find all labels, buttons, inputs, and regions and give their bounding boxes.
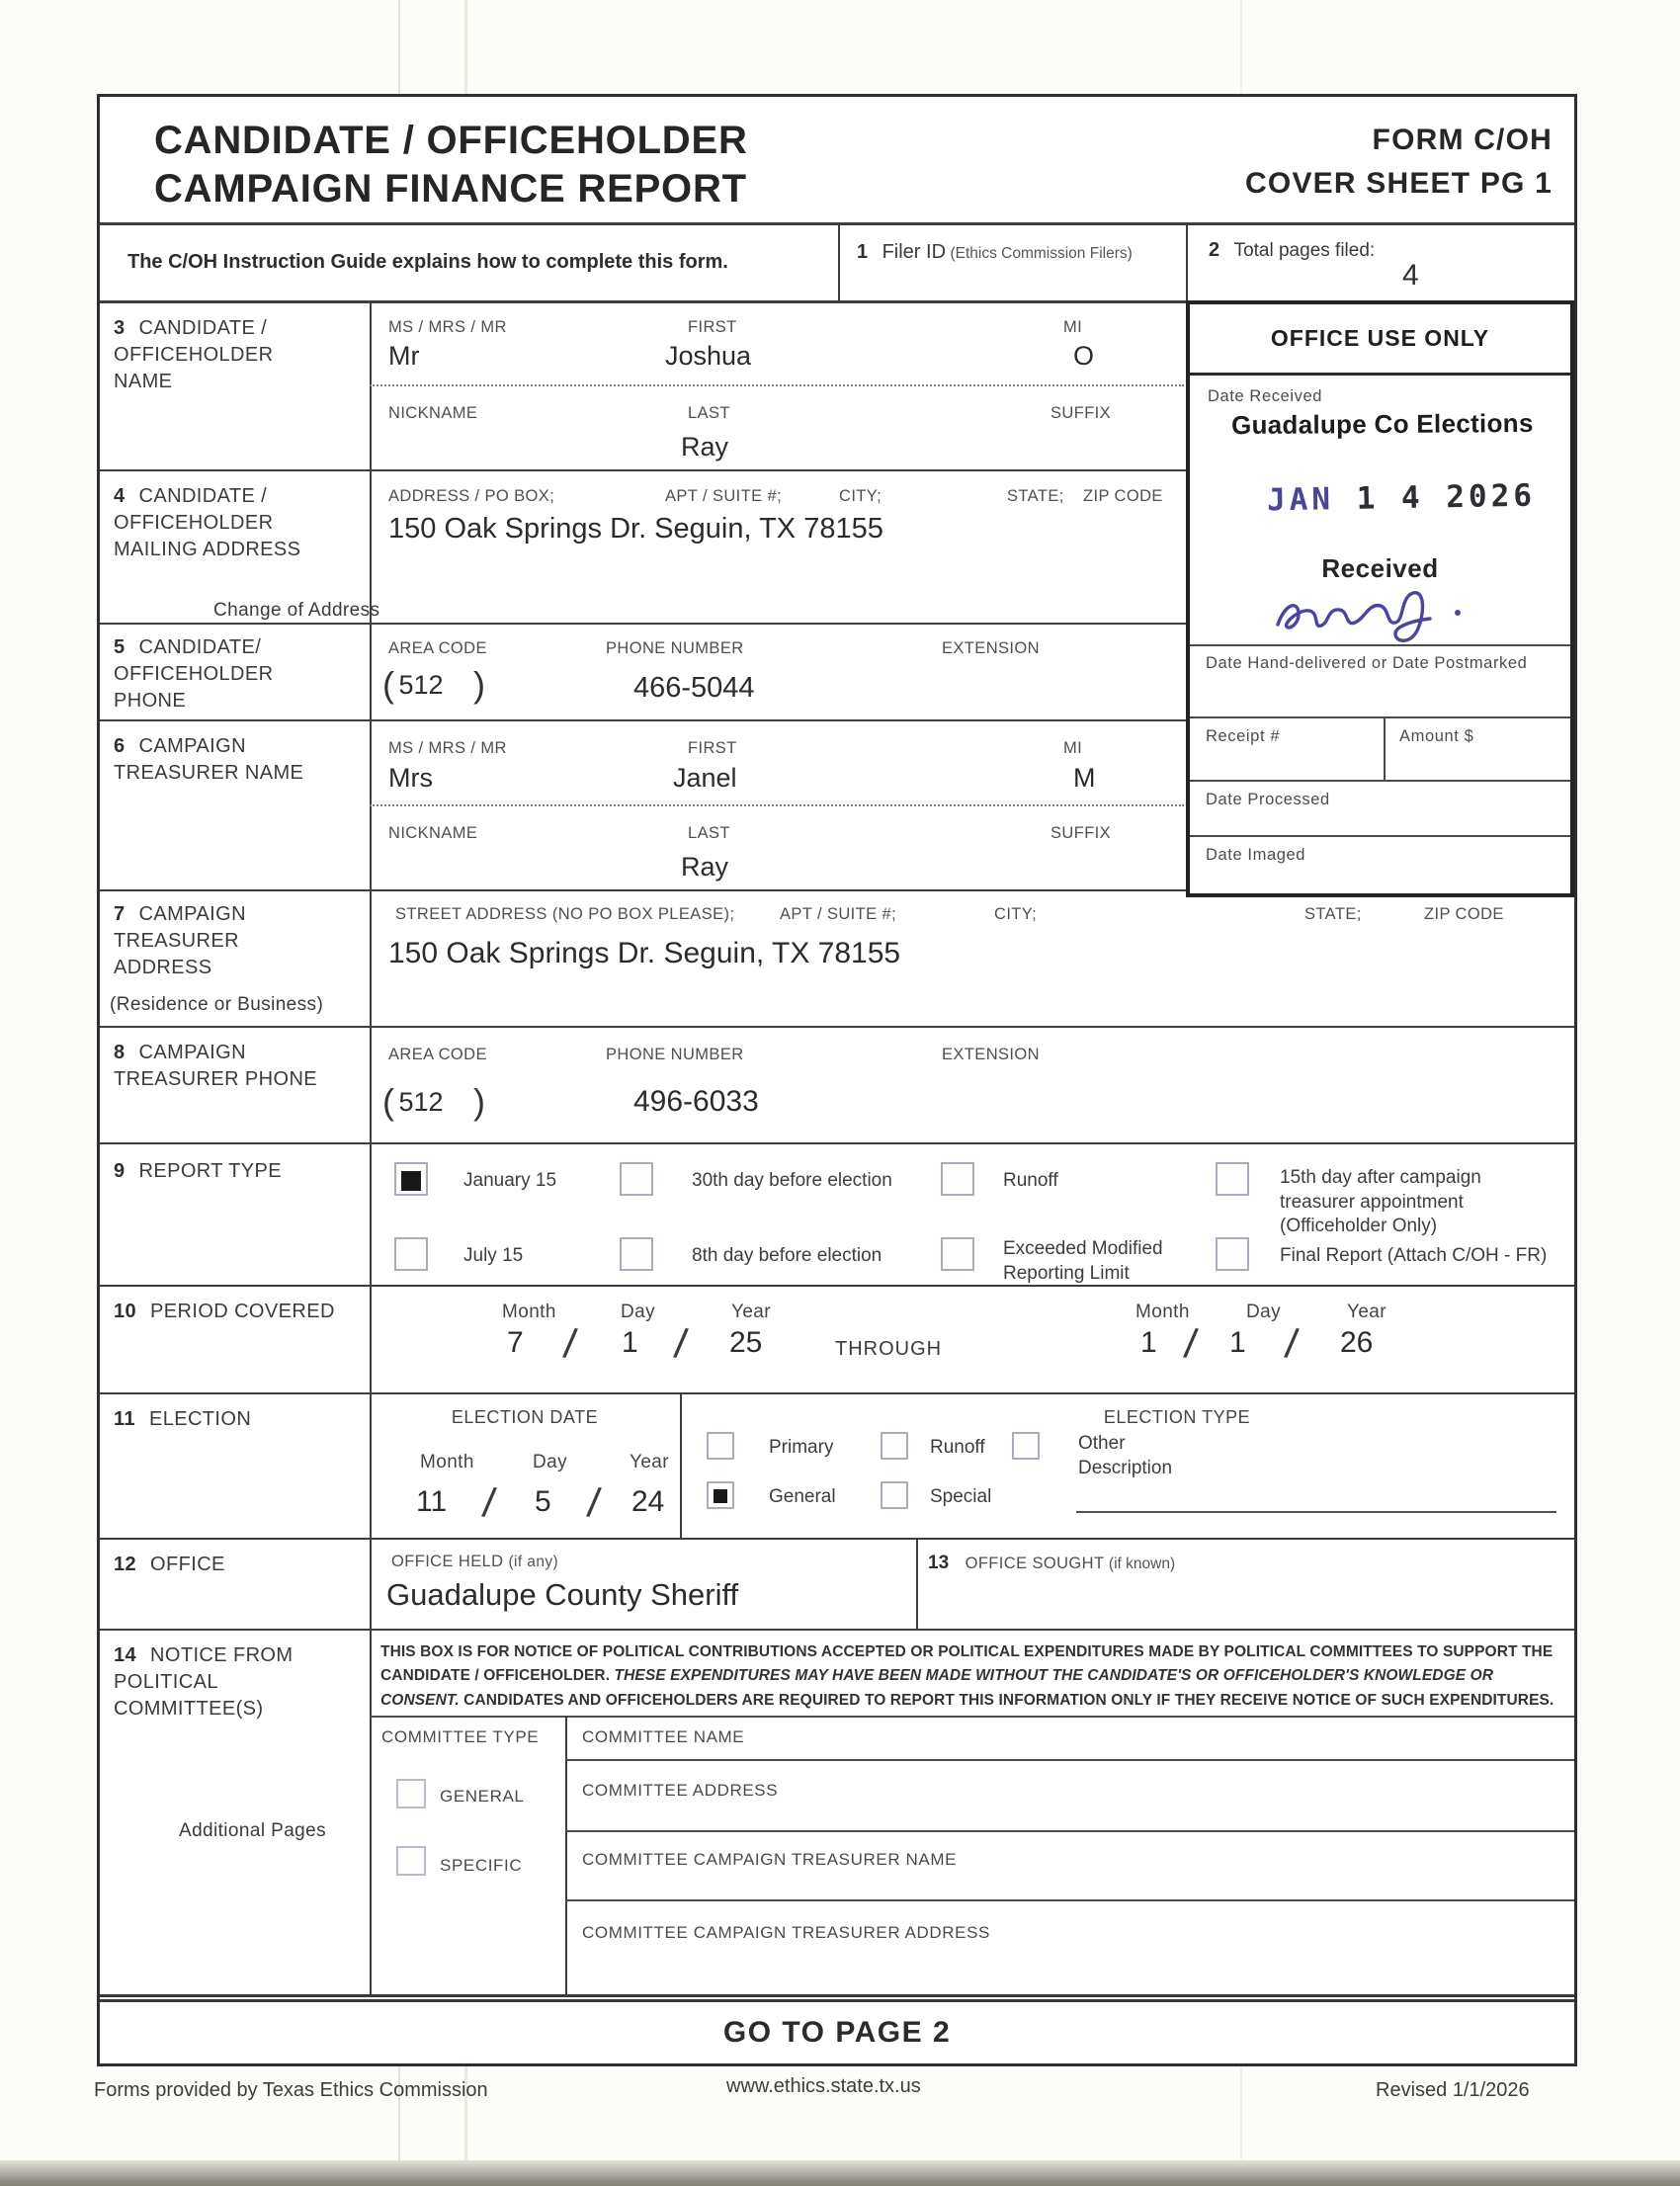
- total-pages-value[interactable]: 4: [1402, 259, 1419, 293]
- scanned-form-page: CANDIDATE / OFFICEHOLDER CAMPAIGN FINANC…: [0, 0, 1680, 2186]
- received-stamp-word: Received: [1190, 553, 1570, 584]
- section-period-covered: 10PERIOD COVERED Month Day Year 7 1 25 T…: [100, 1285, 1574, 1392]
- city-label: CITY;: [839, 487, 882, 506]
- office-use-only-title: OFFICE USE ONLY: [1190, 304, 1570, 376]
- divider: [680, 1394, 682, 1538]
- checkbox-specific-committee[interactable]: [396, 1846, 426, 1876]
- state-label: STATE;: [1304, 905, 1362, 924]
- form-coh-cover-sheet: CANDIDATE / OFFICEHOLDER CAMPAIGN FINANC…: [97, 94, 1577, 2066]
- receipt-label: Receipt #: [1206, 727, 1280, 746]
- election-year-field[interactable]: 24: [631, 1485, 664, 1519]
- checkbox-july-15[interactable]: [394, 1237, 428, 1271]
- section-treasurer-address: 7CAMPAIGN TREASURER ADDRESS (Residence o…: [100, 889, 1574, 1026]
- month-label: Month: [1135, 1302, 1190, 1323]
- form-header-row: CANDIDATE / OFFICEHOLDER CAMPAIGN FINANC…: [100, 97, 1574, 222]
- checkbox-8th-day[interactable]: [620, 1237, 653, 1271]
- divider: [370, 1028, 372, 1142]
- committee-type-label: COMMITTEE TYPE: [381, 1727, 539, 1747]
- section-label: 9REPORT TYPE: [114, 1158, 351, 1185]
- election-type-header: ELECTION TYPE: [989, 1407, 1365, 1428]
- residence-note: (Residence or Business): [110, 992, 323, 1018]
- day-label: Day: [621, 1302, 655, 1323]
- suffix-label: SUFFIX: [1050, 824, 1111, 843]
- section-label: 11ELECTION: [114, 1406, 336, 1433]
- date-slash: [585, 1478, 603, 1527]
- election-month-field[interactable]: 11: [416, 1485, 447, 1519]
- last-label: LAST: [688, 404, 730, 423]
- date-slash: [480, 1478, 498, 1527]
- section-notice: 14NOTICE FROM POLITICAL COMMITTEE(S) Add…: [100, 1629, 1574, 1994]
- treasurer-prefix-field[interactable]: Mrs: [388, 763, 433, 794]
- checkbox-final-report[interactable]: [1216, 1237, 1249, 1271]
- other-description-line[interactable]: [1076, 1511, 1556, 1513]
- office-sought-label: 13 OFFICE SOUGHT (if known): [928, 1553, 1175, 1574]
- divider: [370, 1144, 372, 1285]
- form-title: CANDIDATE / OFFICEHOLDER CAMPAIGN FINANC…: [154, 117, 748, 213]
- office-held-field[interactable]: Guadalupe County Sheriff: [386, 1577, 738, 1613]
- change-of-address-label[interactable]: Change of Address: [213, 598, 379, 624]
- election-option-label: General: [769, 1485, 836, 1510]
- divider: [370, 1540, 372, 1629]
- divider: [1186, 225, 1188, 300]
- checkbox-general-committee[interactable]: [396, 1779, 426, 1808]
- to-month-field[interactable]: 1: [1140, 1326, 1157, 1360]
- footer-provided-by: Forms provided by Texas Ethics Commissio…: [94, 2079, 488, 2102]
- election-option-label: Runoff: [930, 1436, 985, 1461]
- date-slash: [1182, 1319, 1200, 1368]
- apt-label: APT / SUITE #;: [780, 905, 896, 924]
- report-option-label: 30th day before election: [692, 1169, 892, 1194]
- area-code-label: AREA CODE: [388, 1046, 487, 1064]
- mi-label: MI: [1063, 739, 1082, 758]
- goto-page-2-label: GO TO PAGE 2: [723, 2016, 951, 2050]
- checkbox-exceeded-limit[interactable]: [941, 1237, 974, 1271]
- treasurer-address-field[interactable]: 150 Oak Springs Dr. Seguin, TX 78155: [388, 937, 900, 970]
- section-label: 14NOTICE FROM POLITICAL COMMITTEE(S): [114, 1642, 351, 1723]
- divider: [565, 1759, 1574, 1761]
- filer-id-label: 1 Filer ID (Ethics Commission Filers): [857, 241, 1133, 264]
- phone-number-field[interactable]: 496-6033: [633, 1085, 759, 1119]
- mi-label: MI: [1063, 318, 1082, 337]
- scan-edge-band: [0, 2160, 1680, 2186]
- election-option-label: Special: [930, 1485, 991, 1510]
- footer-revised: Revised 1/1/2026: [1376, 2079, 1530, 2102]
- day-label: Day: [1246, 1302, 1281, 1323]
- extension-label: EXTENSION: [942, 1046, 1040, 1064]
- month-label: Month: [502, 1302, 556, 1323]
- from-month-field[interactable]: 7: [507, 1326, 524, 1360]
- prefix-label: MS / MRS / MR: [388, 739, 507, 758]
- report-option-label: 15th day after campaign treasurer appoin…: [1280, 1166, 1554, 1239]
- section-election: 11ELECTION ELECTION DATE Month Day Year …: [100, 1392, 1574, 1538]
- committee-name-label: COMMITTEE NAME: [582, 1727, 744, 1747]
- section-label: 5CANDIDATE/ OFFICEHOLDER PHONE: [114, 634, 336, 715]
- city-label: CITY;: [994, 905, 1037, 924]
- committee-treasurer-name-label: COMMITTEE CAMPAIGN TREASURER NAME: [582, 1850, 957, 1870]
- first-label: FIRST: [688, 318, 737, 337]
- section-label: 7CAMPAIGN TREASURER ADDRESS: [114, 901, 336, 981]
- address-label: ADDRESS / PO BOX;: [388, 487, 554, 506]
- checkbox-general[interactable]: [707, 1481, 734, 1509]
- extension-label: EXTENSION: [942, 639, 1040, 658]
- treasurer-mi-field[interactable]: M: [1073, 763, 1096, 794]
- zip-label: ZIP CODE: [1083, 487, 1163, 506]
- report-option-label: 8th day before election: [692, 1244, 882, 1269]
- checkbox-other[interactable]: [1012, 1432, 1040, 1460]
- through-label: THROUGH: [835, 1338, 942, 1361]
- received-stamp-date: JAN 1 4 2026: [1267, 478, 1537, 519]
- date-imaged-label: Date Imaged: [1206, 846, 1305, 865]
- treasurer-first-field[interactable]: Janel: [673, 763, 737, 794]
- checkbox-january-15[interactable]: [394, 1162, 428, 1196]
- checkmark: [401, 1171, 421, 1191]
- additional-pages-label: Additional Pages: [179, 1818, 326, 1844]
- notice-text: THIS BOX IS FOR NOTICE OF POLITICAL CONT…: [380, 1640, 1562, 1713]
- divider: [370, 625, 372, 719]
- footer-website: www.ethics.state.tx.us: [726, 2075, 921, 2098]
- report-option-label: July 15: [463, 1244, 523, 1269]
- checkbox-15th-day[interactable]: [1216, 1162, 1249, 1196]
- candidate-first-field[interactable]: Joshua: [665, 341, 751, 372]
- year-label: Year: [731, 1302, 771, 1323]
- phone-number-field[interactable]: 466-5044: [633, 672, 755, 705]
- section-label: 3CANDIDATE / OFFICEHOLDER NAME: [114, 315, 336, 395]
- mailing-address-field[interactable]: 150 Oak Springs Dr. Seguin, TX 78155: [388, 513, 883, 546]
- date-received-label: Date Received: [1208, 387, 1322, 406]
- section-label: 4CANDIDATE / OFFICEHOLDER MAILING ADDRES…: [114, 483, 336, 563]
- street-label: STREET ADDRESS (NO PO BOX PLEASE);: [395, 905, 734, 924]
- committee-treasurer-address-label: COMMITTEE CAMPAIGN TREASURER ADDRESS: [582, 1923, 990, 1943]
- candidate-mi-field[interactable]: O: [1073, 341, 1094, 372]
- instruction-text: The C/OH Instruction Guide explains how …: [127, 251, 728, 274]
- total-pages-label: 2 Total pages filed:: [1209, 239, 1375, 262]
- nickname-label: NICKNAME: [388, 404, 477, 423]
- checkbox-30th-day[interactable]: [620, 1162, 653, 1196]
- dotted-separator: [370, 804, 1184, 806]
- candidate-prefix-field[interactable]: Mr: [388, 341, 419, 372]
- phone-number-label: PHONE NUMBER: [606, 639, 744, 658]
- divider: [1190, 780, 1570, 782]
- received-stamp-org: Guadalupe Co Elections: [1231, 408, 1534, 441]
- election-option-label: Other Description: [1078, 1432, 1193, 1480]
- election-date-header: ELECTION DATE: [370, 1407, 680, 1428]
- committee-address-label: COMMITTEE ADDRESS: [582, 1781, 778, 1801]
- divider: [565, 1716, 567, 1996]
- checkbox-primary[interactable]: [707, 1432, 734, 1460]
- report-option-label: Runoff: [1003, 1169, 1058, 1194]
- form-code: FORM C/OH COVER SHEET PG 1: [1137, 119, 1553, 205]
- section-office: 12OFFICE OFFICE HELD (if any) Guadalupe …: [100, 1538, 1574, 1629]
- section-report-type: 9REPORT TYPE January 15 30th day before …: [100, 1142, 1574, 1285]
- day-label: Day: [533, 1452, 567, 1473]
- zip-label: ZIP CODE: [1424, 905, 1504, 924]
- apt-label: APT / SUITE #;: [665, 487, 782, 506]
- to-day-field[interactable]: 1: [1229, 1326, 1246, 1360]
- from-day-field[interactable]: 1: [622, 1326, 638, 1360]
- date-processed-label: Date Processed: [1206, 791, 1330, 809]
- to-year-field[interactable]: 26: [1340, 1326, 1373, 1360]
- section-label: 12OFFICE: [114, 1552, 336, 1578]
- election-day-field[interactable]: 5: [535, 1485, 551, 1519]
- office-held-label: OFFICE HELD (if any): [391, 1553, 558, 1571]
- specific-committee-label: SPECIFIC: [440, 1856, 522, 1876]
- suffix-label: SUFFIX: [1050, 404, 1111, 423]
- divider: [1190, 835, 1570, 837]
- divider: [370, 1287, 372, 1392]
- area-code-label: AREA CODE: [388, 639, 487, 658]
- date-slash: [561, 1319, 579, 1368]
- divider: [1190, 716, 1570, 718]
- checkmark: [714, 1489, 727, 1503]
- section-label: 10PERIOD COVERED: [114, 1299, 336, 1325]
- nickname-label: NICKNAME: [388, 824, 477, 843]
- checkbox-runoff[interactable]: [941, 1162, 974, 1196]
- office-use-only-box: OFFICE USE ONLY Date Received Guadalupe …: [1186, 300, 1574, 897]
- divider: [370, 891, 372, 1026]
- report-option-label: January 15: [463, 1169, 556, 1194]
- divider: [565, 1830, 1574, 1832]
- divider: [370, 1716, 1574, 1718]
- section-label: 8CAMPAIGN TREASURER PHONE: [114, 1040, 336, 1093]
- intro-row: The C/OH Instruction Guide explains how …: [100, 222, 1574, 300]
- goto-page-2-row: GO TO PAGE 2: [100, 2002, 1574, 2063]
- date-slash: [672, 1319, 690, 1368]
- divider: [565, 1899, 1574, 1901]
- handwritten-signature: [1264, 585, 1491, 646]
- candidate-last-field[interactable]: Ray: [681, 432, 728, 462]
- first-label: FIRST: [688, 739, 737, 758]
- dotted-separator: [370, 384, 1184, 386]
- hand-delivered-label: Date Hand-delivered or Date Postmarked: [1206, 654, 1527, 673]
- divider: [838, 225, 840, 300]
- prefix-label: MS / MRS / MR: [388, 318, 507, 337]
- divider: [1384, 716, 1386, 780]
- election-option-label: Primary: [769, 1436, 833, 1461]
- last-label: LAST: [688, 824, 730, 843]
- checkbox-special[interactable]: [881, 1481, 908, 1509]
- report-option-label: Exceeded Modified Reporting Limit: [1003, 1237, 1196, 1286]
- state-label: STATE;: [1007, 487, 1064, 506]
- year-label: Year: [630, 1452, 669, 1473]
- area-code-field[interactable]: ( 512 ): [382, 664, 485, 706]
- amount-label: Amount $: [1399, 727, 1473, 746]
- section-label: 6CAMPAIGN TREASURER NAME: [114, 733, 336, 787]
- divider: [1190, 644, 1570, 646]
- date-slash: [1283, 1319, 1301, 1368]
- area-code-field[interactable]: ( 512 ): [382, 1081, 485, 1123]
- checkbox-runoff-election[interactable]: [881, 1432, 908, 1460]
- double-divider: [100, 1994, 1574, 2002]
- divider: [916, 1540, 918, 1629]
- report-option-label: Final Report (Attach C/OH - FR): [1280, 1244, 1566, 1269]
- divider: [370, 1631, 372, 1994]
- divider: [370, 303, 372, 469]
- month-label: Month: [420, 1452, 474, 1473]
- from-year-field[interactable]: 25: [729, 1326, 762, 1360]
- section-treasurer-phone: 8CAMPAIGN TREASURER PHONE AREA CODE PHON…: [100, 1026, 1574, 1142]
- treasurer-last-field[interactable]: Ray: [681, 852, 728, 883]
- year-label: Year: [1347, 1302, 1386, 1323]
- general-committee-label: GENERAL: [440, 1787, 524, 1807]
- phone-number-label: PHONE NUMBER: [606, 1046, 744, 1064]
